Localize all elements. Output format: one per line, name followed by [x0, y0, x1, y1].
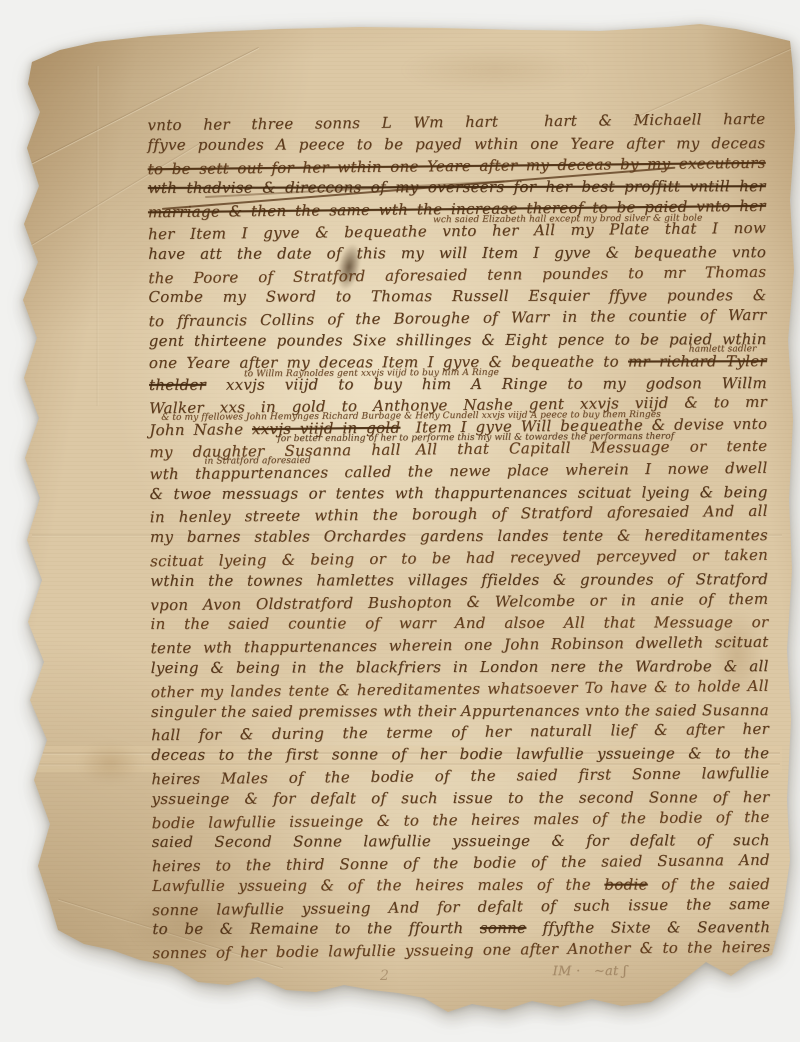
text-segment: her Item I gyve & bequeathe vnto her All…: [148, 219, 766, 243]
text-segment: to be & Remaine to the ffourth: [152, 919, 480, 938]
text-segment: other my landes tente & hereditamentes w…: [151, 676, 769, 700]
text-segment: ffyfthe Sixte & Seaventh: [526, 919, 770, 938]
text-segment: John Nashe: [149, 420, 252, 439]
text-segment: sonne lawfullie yssueing And for defalt …: [152, 894, 770, 918]
text-segment: heires to the third Sonne of the bodie o…: [152, 851, 770, 875]
page-number: 2: [380, 968, 389, 984]
text-segment: my barnes stables Orchardes gardens land…: [150, 526, 768, 546]
text-segment: of the saied: [648, 875, 770, 893]
text-segment: to ffrauncis Collins of the Boroughe of …: [149, 306, 767, 330]
text-segment: scituat lyeing & being or to be had rece…: [150, 546, 768, 570]
text-segment: in the saied countie of warr And alsoe A…: [150, 613, 768, 633]
text-segment: IM · ~at ʃ: [553, 964, 627, 979]
struck-text-segment: thelder: [149, 375, 206, 393]
text-segment: heires Males of the bodie of the saied f…: [151, 764, 769, 788]
manuscript-line: IM · ~at ʃ: [553, 961, 771, 983]
text-segment: wthin the townes hamlettes villages ffie…: [150, 570, 768, 590]
text-segment: yssueinge & for defalt of such issue to …: [152, 788, 770, 808]
text-segment: the Poore of Stratford aforesaied tenn p…: [148, 262, 766, 286]
text-segment: lyeing & being in the blackfriers in Lon…: [151, 657, 769, 677]
text-segment: vpon Avon Oldstratford Bushopton & Welco…: [150, 589, 768, 613]
vertical-crease: [96, 66, 99, 406]
text-segment: Combe my Sword to Thomas Russell Esquier…: [148, 286, 766, 306]
text-segment: deceas to the first sonne of her bodie l…: [151, 744, 769, 764]
text-segment: singuler the saied premisses wth their A…: [151, 701, 769, 721]
text-segment: to be sett out for her wthin one Yeare a…: [148, 153, 766, 177]
text-segment: saied Second Sonne lawfullie yssueinge &…: [152, 831, 770, 851]
text-segment: Lawfullie yssueing & of the heires males…: [152, 875, 604, 894]
manuscript-line: gent thirteene poundes Sixe shillinges &…: [149, 329, 767, 353]
photo-background: vnto her three sonns L Wm hart hart & Mi…: [0, 0, 800, 1042]
text-segment: bodie lawfullie issueinge & to the heire…: [152, 807, 770, 831]
struck-text-segment: sonne: [480, 919, 526, 937]
text-segment: hall for & during the terme of her natur…: [151, 720, 769, 744]
top-stain: [400, 48, 590, 92]
paper-shadow: vnto her three sonns L Wm hart hart & Mi…: [0, 0, 800, 1042]
struck-text-segment: mr richard Tyler: [628, 352, 767, 370]
struck-text-segment: bodie: [604, 875, 647, 893]
manuscript-paper: vnto her three sonns L Wm hart hart & Mi…: [0, 0, 800, 1042]
text-segment: vnto her three sonns L Wm hart hart & Mi…: [147, 110, 765, 134]
text-segment: sonnes of her bodie lawfullie yssueing o…: [152, 938, 770, 962]
text-segment: have att the date of this my will Item I…: [148, 243, 766, 263]
text-segment: wth thadvise & direccons of my overseers…: [148, 177, 766, 197]
text-segment: gent thirteene poundes Sixe shillinges &…: [149, 330, 767, 350]
manuscript-text-layer: vnto her three sonns L Wm hart hart & Mi…: [147, 110, 770, 986]
text-segment: tente wth thappurtenances wherein one Jo…: [151, 633, 769, 657]
text-segment: xxvjs viijd to buy him A Ringe to my god…: [206, 374, 767, 394]
text-segment: & twoe messuags or tentes wth thappurten…: [150, 483, 768, 503]
text-segment: in henley streete wthin the borough of S…: [150, 502, 768, 526]
foxing-stain-left: [78, 742, 142, 784]
text-segment: ffyve poundes A peece to be payed wthin …: [148, 134, 766, 154]
